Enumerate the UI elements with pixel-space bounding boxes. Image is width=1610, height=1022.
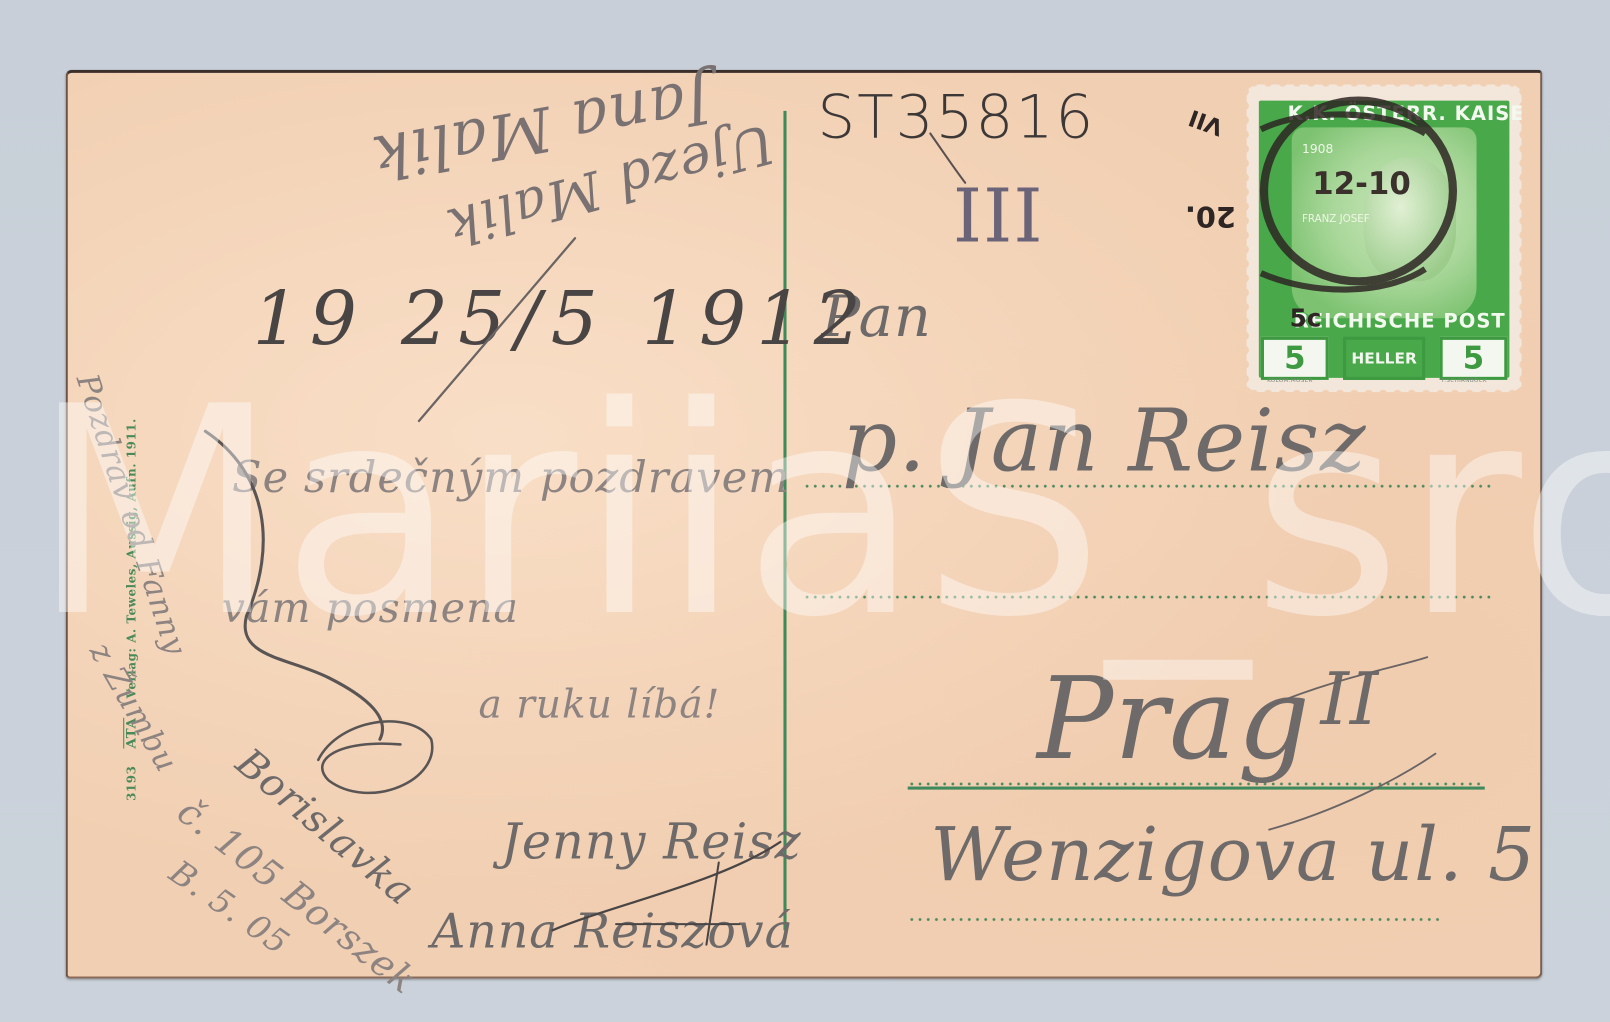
address-city: Prag [1037,653,1311,784]
signature-2: Anna Reiszová [431,904,794,959]
scan-stage: 3193 ATA Verlag: A. Teweles, Aussig, Auf… [0,0,1610,1022]
message-line-1: Se srdečným pozdravem [232,452,790,502]
message-date: 19 25/5 1912 [253,275,871,361]
stamp-designer-left: KOLOM.MOSER [1267,378,1313,384]
message-address-divider [783,111,786,930]
address-line-2 [803,596,1493,599]
address-street: Wenzigova ul. 5 [930,811,1536,897]
message-line-2: vám posmena [222,585,519,632]
stamp-year: 1908 [1302,142,1333,156]
emperor-portrait-icon [1364,158,1456,281]
stamp-value-right: 5 [1440,337,1508,380]
stamp-inscription-bottom: REICHISCHE POST [1294,310,1506,333]
address-name: p. Jan Reisz [842,390,1367,491]
postage-stamp: K.K. ÖSTERR. KAISERL. KÖNIGL. REICHISCHE… [1247,84,1522,392]
address-line-4 [908,918,1442,921]
stamp-portrait-label: FRANZ JOSEF [1302,214,1370,226]
address-line-3 [908,787,1485,790]
stamp-frame: K.K. ÖSTERR. KAISERL. KÖNIGL. REICHISCHE… [1259,101,1510,378]
stamp-designer-right: F.SCHIRNBÖCK [1442,378,1487,384]
address-district: II [1320,657,1379,741]
stamp-value-left: 5 [1261,337,1329,380]
message-line-3: a ruku líbá! [478,682,720,727]
roman-numeral-mark: III [953,173,1044,259]
signature-1: Jenny Reisz [501,813,802,871]
stamp-currency: HELLER [1343,337,1425,380]
imprint-number: 3193 [124,766,138,801]
inventory-code: ST35816 [817,82,1095,152]
